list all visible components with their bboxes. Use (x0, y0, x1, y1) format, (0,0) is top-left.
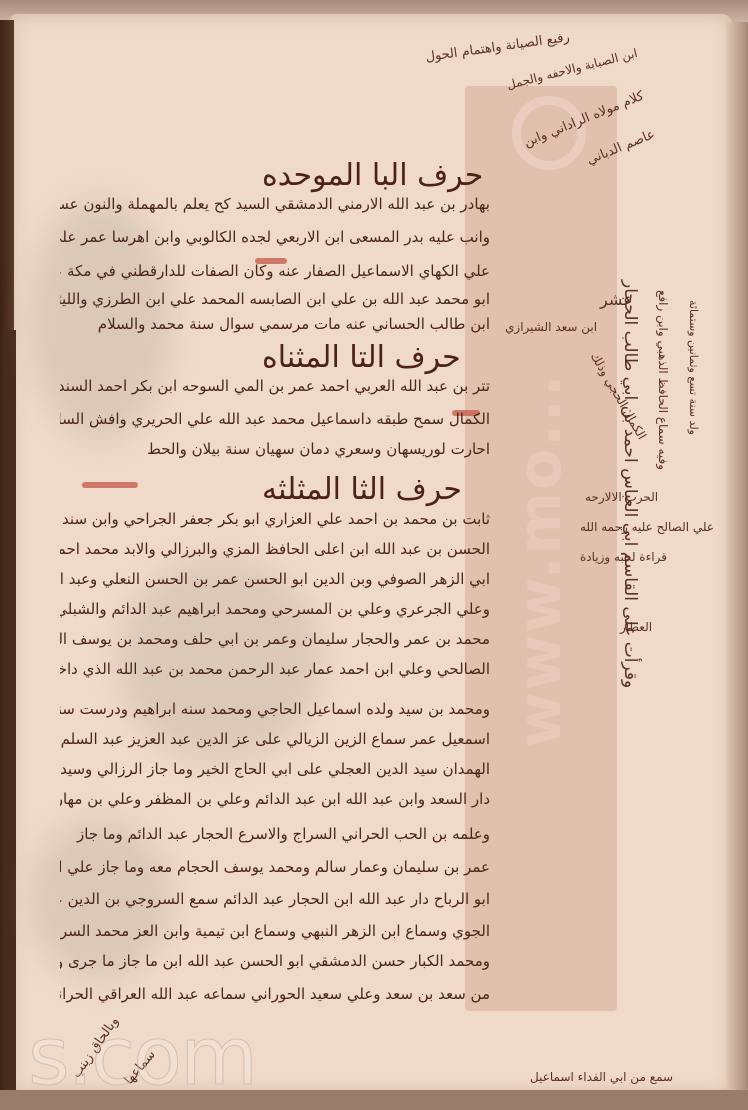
text-line: دار السعد وابن عبد الله ابن عبد الدائم و… (60, 790, 490, 808)
text-line: ابو الرباح دار عبد الله ابن الحجار عبد ا… (60, 890, 490, 908)
text-line: علي الكهاي الاسماعيل الصفار عنه وكان الص… (60, 262, 490, 280)
vertical-margin-note: وفيه سماع الحافظ الذهبي وابن رافع (656, 290, 670, 470)
bottom-note: سمع من ابي الفداء اسماعيل (530, 1070, 673, 1084)
text-line: ومحمد بن سيد ولده اسماعيل الحاجي ومحمد س… (60, 700, 490, 718)
text-line: وانب عليه بدر المسعى ابن الاربعي لجده ال… (60, 228, 490, 246)
text-line: بهادر بن عبد الله الارمني الدمشقي السيد … (60, 195, 490, 213)
text-line: الكمال سمح طبقه داسماعيل محمد عبد الله ع… (60, 410, 490, 428)
text-line: ابن طالب الحساني عنه مات مرسمي سوال سنة … (60, 315, 490, 333)
text-line: ابي الزهر الصوفي وبن الدين ابو الحسن عمر… (60, 570, 490, 588)
text-line: اسمعيل عمر سماع الزين الزيالي على عز الد… (60, 730, 490, 748)
heading-harf-ba: حرف البا الموحده (262, 158, 483, 193)
margin-note: ابن سعد الشيرازي (505, 320, 597, 334)
margin-note: علي الصالح عليه رحمه الله (580, 520, 714, 534)
text-line: وعلي الجرعري وعلي بن المسرحي ومحمد ابراه… (60, 600, 490, 618)
text-line: احارت لوريسهان وسعري دمان سهيان سنة بيلا… (60, 440, 490, 458)
text-line: وعلمه بن الحب الحراني السراج والاسرع الح… (60, 825, 490, 843)
text-line: الهمدان سيد الدين العجلي على ابي الحاج ا… (60, 760, 490, 778)
heading-harf-tha: حرف الثا المثلثه (262, 472, 462, 507)
text-line: الصالحي وعلي ابن احمد عمار عبد الرحمن مح… (60, 660, 490, 678)
text-line: الجوي وسماع ابن الزهر النبهي وسماع ابن ت… (60, 922, 490, 940)
text-line: محمد بن عمر والحجار سليمان وعمر بن ابي ح… (60, 630, 490, 648)
rubric-mark (82, 482, 138, 488)
binding-shadow (6, 330, 16, 1090)
heading-harf-ta: حرف التا المثناه (262, 340, 461, 375)
text-line: ثابت بن محمد بن احمد علي العزاري ابو بكر… (60, 510, 490, 528)
text-line: عمر بن سليمان وعمار سالم ومحمد يوسف الحج… (60, 858, 490, 876)
text-line: تتر بن عبد الله العربي احمد عمر بن المي … (60, 377, 490, 395)
page-right-edge (726, 22, 748, 1092)
text-line: ومحمد الكبار حسن الدمشقي ابو الحسن عبد ا… (60, 952, 490, 970)
text-line: من سعد بن سعد وعلي سعيد الحوراني سماعه ع… (60, 985, 490, 1003)
vertical-margin-note: ولد سنة تسع وثمانين وستمائة (687, 300, 700, 435)
watermark-vertical-text: www.mo... (505, 372, 575, 747)
text-line: الحسن بن عبد الله ابن اعلى الحافظ المزي … (60, 540, 490, 558)
vertical-margin-note: وقرأت على القاسم ابي العباس احمد بن ابي … (620, 280, 640, 688)
watermark-scom: s.com (28, 1010, 256, 1103)
text-line: ابو محمد عبد الله بن علي ابن الصابسه الم… (60, 290, 490, 308)
